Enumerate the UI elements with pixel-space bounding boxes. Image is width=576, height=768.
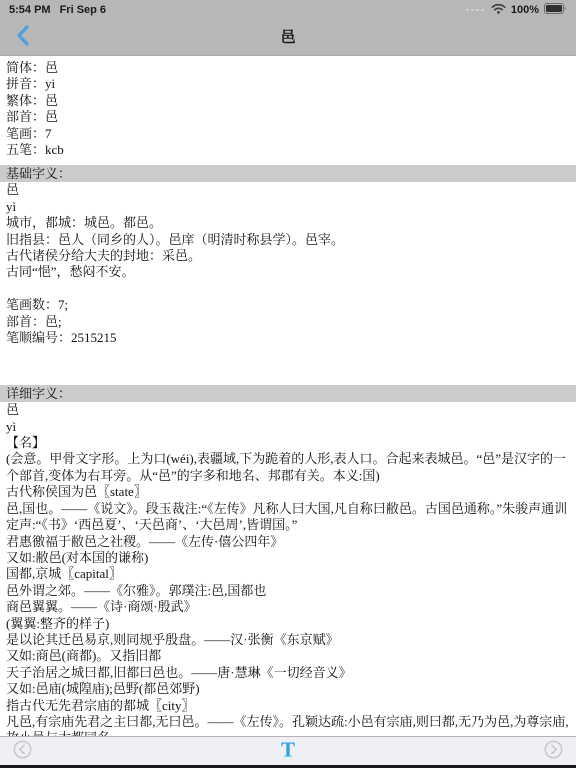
info-row: 繁体：邑 — [0, 93, 576, 109]
definition-line: 商邑翼翼。——《诗·商颂·殷武》 — [0, 599, 576, 615]
definition-line: 古同“悒”，愁闷不安。 — [0, 264, 576, 280]
info-row: 拼音：yi — [0, 76, 576, 92]
info-label: 拼音： — [6, 76, 45, 91]
dictionary-app-screen: 5:54 PM Fri Sep 6 100% — [0, 0, 576, 768]
definition-line: 笔顺编号：2515215 — [0, 330, 576, 346]
basic-definition-lines: 邑 yì 城市，都城：城邑。都邑。 旧指县：邑人（同乡的人）。邑庠（明清时称县学… — [0, 182, 576, 379]
info-row: 五笔：kcb — [0, 142, 576, 158]
battery-icon — [544, 3, 567, 17]
info-label: 部首： — [6, 109, 45, 124]
status-date: Fri Sep 6 — [60, 4, 106, 16]
battery-percent: 100% — [511, 4, 539, 16]
definition-line: 又如:邑庙(城隍庙);邑野(都邑郊野) — [0, 681, 576, 697]
text-settings-button[interactable]: T — [281, 740, 295, 761]
definition-line: 天子治居之城曰都,旧都曰邑也。——唐·慧琳《一切经音义》 — [0, 665, 576, 681]
definition-line: 邑 — [0, 182, 576, 198]
info-value: 邑 — [45, 109, 58, 124]
definition-line: 邑外谓之郊。——《尔雅》。郭璞注:邑,国都也 — [0, 583, 576, 599]
status-bar: 5:54 PM Fri Sep 6 100% — [0, 0, 576, 20]
top-chrome: 5:54 PM Fri Sep 6 100% — [0, 0, 576, 56]
info-label: 五笔： — [6, 142, 45, 157]
info-row: 笔画：7 — [0, 126, 576, 142]
info-value: kcb — [45, 142, 64, 157]
next-entry-button[interactable] — [544, 740, 563, 762]
info-value: 邑 — [45, 60, 58, 75]
chevron-left-circle-icon — [13, 740, 32, 762]
definition-line: 古代称侯国为邑〖state〗 — [0, 484, 576, 500]
chevron-right-circle-icon — [544, 740, 563, 762]
definition-line: 【名】 — [0, 435, 576, 451]
cellular-signal-icon — [466, 9, 484, 11]
definition-line — [0, 281, 576, 297]
definition-line — [0, 363, 576, 379]
info-row: 部首：邑 — [0, 109, 576, 125]
section-header-detailed-definition: 详细字义： — [0, 385, 576, 402]
definition-line: 又如:商邑(商都)。又指旧都 — [0, 648, 576, 664]
definition-line: (翼翼:整齐的样子) — [0, 616, 576, 632]
definition-line: 又如:敝邑(对本国的谦称) — [0, 550, 576, 566]
definition-line: 凡邑,有宗庙先君之主曰都,无曰邑。——《左传》。孔颖达疏:小邑有宗庙,则曰都,无… — [0, 714, 576, 736]
definition-line: 笔画数：7; — [0, 297, 576, 313]
definition-line: yì — [0, 199, 576, 215]
info-label: 简体： — [6, 60, 45, 75]
section-header-basic-definition: 基础字义： — [0, 165, 576, 182]
bottom-toolbar: T — [0, 736, 576, 765]
definition-line: (会意。甲骨文字形。上为口(wéi),表疆域,下为跪着的人形,表人口。合起来表城… — [0, 451, 576, 484]
definition-line: 国都,京城〖capital〗 — [0, 566, 576, 582]
info-list: 简体：邑 拼音：yi 繁体：邑 部首：邑 笔画：7 五笔：kcb — [0, 60, 576, 158]
detailed-definition-lines: 邑 yì 【名】 (会意。甲骨文字形。上为口(wéi),表疆域,下为跪着的人形,… — [0, 402, 576, 736]
previous-entry-button[interactable] — [13, 740, 32, 762]
definition-line: 部首：邑; — [0, 314, 576, 330]
info-label: 笔画： — [6, 126, 45, 141]
info-label: 繁体： — [6, 93, 45, 108]
definition-line — [0, 346, 576, 362]
wifi-icon — [491, 3, 506, 17]
page-title: 邑 — [0, 26, 576, 47]
definition-line: 邑 — [0, 402, 576, 418]
definition-line: 邑,国也。——《说文》。段玉裁注:“《左传》凡称人曰大国,凡自称曰敝邑。古国邑通… — [0, 501, 576, 534]
info-row: 简体：邑 — [0, 60, 576, 76]
nav-bar: 邑 — [0, 20, 576, 55]
definition-line: 旧指县：邑人（同乡的人）。邑庠（明清时称县学）。邑宰。 — [0, 232, 576, 248]
definition-line: yì — [0, 419, 576, 435]
info-value: 邑 — [45, 93, 58, 108]
info-value: 7 — [45, 126, 52, 141]
definition-line: 城市，都城：城邑。都邑。 — [0, 215, 576, 231]
info-value: yi — [45, 76, 55, 91]
status-time: 5:54 PM — [9, 4, 51, 16]
definition-line: 指古代无先君宗庙的都城〖city〗 — [0, 698, 576, 714]
definition-line: 是以论其迁邑易京,则同规乎殷盘。——汉·张衡《东京赋》 — [0, 632, 576, 648]
definition-line: 君惠徼福于敝邑之社稷。——《左传·僖公四年》 — [0, 534, 576, 550]
content-area[interactable]: 简体：邑 拼音：yi 繁体：邑 部首：邑 笔画：7 五笔：kcb 基础字义： 邑… — [0, 56, 576, 736]
definition-line: 古代诸侯分给大夫的封地：采邑。 — [0, 248, 576, 264]
